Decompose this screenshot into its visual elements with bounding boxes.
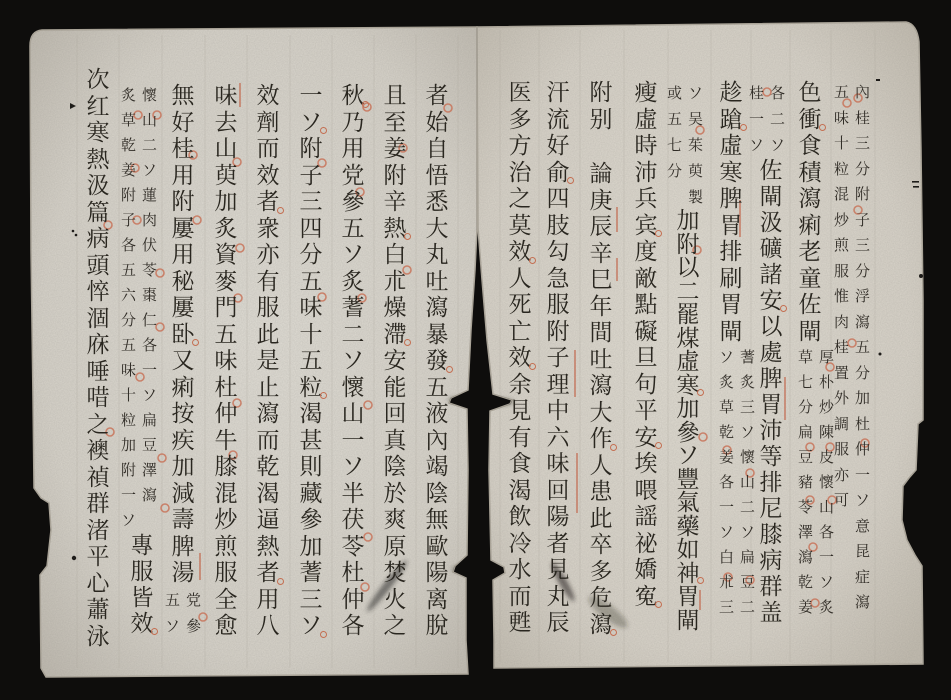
character: 論 [587,161,615,188]
character: 服 [254,295,282,322]
character: 炙 [212,216,240,243]
character: 參 [184,613,203,640]
character: 五 [119,258,138,283]
character: 草 [796,345,815,370]
character: 肉 [140,208,159,233]
character: 理 [544,372,572,399]
note-left: 草七分扁豆豬苓澤瀉乾姜 [796,345,815,620]
interlinear-note: 各二ソ 桂一ソ [747,80,787,158]
character: 見 [506,398,534,425]
character: 陽 [423,560,451,587]
character: 虛 [717,133,745,160]
character: 一 [297,83,325,110]
character: 死 [506,292,534,319]
character: 五 [423,375,451,402]
character: 好 [169,110,197,137]
character: 蓍 [297,560,325,587]
character: 閘 [674,610,702,634]
character: 加 [212,189,240,216]
character: 童 [796,266,824,293]
character: 渴 [506,478,534,505]
character: 以 [674,257,702,281]
character: 懷 [738,445,757,470]
character: 食 [506,451,534,478]
character: 處 [757,340,785,366]
character: 專 [128,533,156,559]
character: 草 [119,108,138,133]
character: 各 [768,80,787,106]
character: 余 [506,372,534,399]
character: 辛 [587,241,615,268]
character: 蓍 [339,295,367,322]
character: 病 [757,548,785,574]
character: 茱 [686,132,705,158]
character: 回 [544,478,572,505]
character: 子 [297,163,325,190]
character: 苓 [339,534,367,561]
character: 食 [796,133,824,160]
character: 按 [169,401,197,428]
character: 寒 [717,160,745,187]
character: 流 [544,107,572,134]
character: 禎 [84,465,112,492]
character: 子 [544,345,572,372]
character: 分 [853,259,872,285]
character: 五 [339,216,367,243]
character: 急 [544,266,572,293]
character: 吐 [423,269,451,296]
character: 瀉 [796,545,815,570]
character: 之 [381,613,409,640]
main-text: 者始自悟悉大丸吐瀉暴發。五液內竭陰無歐陽离脫 [423,83,451,640]
text-column-r5: ソ吴茱萸製 或五七分 加附以二罷煤虛寒。加參ソ豐氣藥如神。胃閘 [666,80,710,633]
character: 有 [506,425,534,452]
character: 五 [853,335,872,361]
character: 謡 [632,504,660,531]
character: 仲 [853,437,872,463]
character: 水 [506,557,534,584]
note-right: 懷山二ソ蓮肉伏苓棗仁各一ソ扁豆澤瀉 [140,83,159,533]
character: 麥 [212,269,240,296]
character: 朮 [717,570,736,595]
character: 瀉 [853,310,872,336]
interlinear-note: 蓍炙三ソ懷山二ソ扁豆二 ソ炙草乾姜各一ソ白朮三 [717,345,757,620]
character: 二 [140,133,159,158]
character: 用 [254,587,282,614]
character: 平 [632,398,660,425]
character: 諸 [757,262,785,288]
character: 屢 [169,216,197,243]
character: 丸 [423,242,451,269]
character: 莫 [506,213,534,240]
character: 二 [738,595,757,620]
character: 子 [119,208,138,233]
character: 原 [381,534,409,561]
note-right: 各二ソ [768,80,787,158]
character: 脫 [423,613,451,640]
character: 山 [339,401,367,428]
character: 劑 [254,110,282,137]
main-text: 一ソ。附子三四分五味十五粒。渴甚則藏參加蓍三ソ。 [297,83,325,640]
main-text: 效劑而效者。衆亦有服此是止瀉而乾渴逼熱者。用八 [254,83,282,640]
character: 無 [423,507,451,534]
character: 各 [339,613,367,640]
character: 杜 [853,412,872,438]
character: 懷 [339,375,367,402]
character: 半 [339,481,367,508]
character: 陰 [381,454,409,481]
character: 自 [423,136,451,163]
character: 且 [381,83,409,110]
character: 佐 [757,158,785,184]
character: 藏 [297,481,325,508]
main-text: 佐閘汲礦諸安。以處脾胃沛等排尼膝病群盖 [757,158,785,626]
character: 山 [817,495,836,520]
character: 排 [757,470,785,496]
character: 庥 [84,332,112,359]
character: 分 [853,361,872,387]
character: 三 [853,233,872,259]
character: 肢 [544,213,572,240]
character: 朮 [381,269,409,296]
character: 大 [423,216,451,243]
character: 丸 [544,584,572,611]
character: 杜 [212,375,240,402]
character: 用 [169,242,197,269]
character: 膝 [212,454,240,481]
character: 老 [796,239,824,266]
character: 蓍 [738,345,757,370]
character: 減 [169,481,197,508]
character: 炙 [339,269,367,296]
character: 度 [632,239,660,266]
character: 味 [544,451,572,478]
character: 煤 [674,328,702,352]
note-right: 蓍炙三ソ懷山二ソ扁豆二 [738,345,757,620]
character: 衆 [254,216,282,243]
character: 朴 [817,370,836,395]
character: 附 [853,182,872,208]
character: 胃 [717,213,745,240]
character: 群 [757,574,785,600]
character: 渴 [297,401,325,428]
character: 五 [212,322,240,349]
character: 用 [339,136,367,163]
character: 乾 [119,133,138,158]
character: 仁 [140,308,159,333]
character: 則 [297,454,325,481]
character: 白 [717,545,736,570]
character: 盖 [757,600,785,626]
character: 加 [297,534,325,561]
character: 悟 [423,163,451,190]
character: 八 [254,613,282,640]
character: 三 [297,189,325,216]
character: 蕭 [84,597,112,624]
character: 悉 [423,189,451,216]
character: 沛 [757,418,785,444]
character: 混 [212,481,240,508]
character: 喂 [632,478,660,505]
main-text: 趁蹌。虛寒脾胃排刷胃閘 [717,80,745,345]
character: 五 [832,80,851,106]
character: 全 [212,587,240,614]
character: 姜 [796,595,815,620]
character: 加 [169,454,197,481]
character: 分 [297,242,325,269]
character: 各 [817,520,836,545]
character: 瀉 [587,373,615,400]
note-right: 內桂三分附子三分浮瀉五分加杜仲一ソ意昆症瀉 [853,80,872,616]
character: 肉 [832,310,851,336]
character: 四 [544,186,572,213]
character: ソ [339,454,367,481]
character: 加 [853,386,872,412]
character: 十 [832,131,851,157]
character: 分 [796,395,815,420]
character: 山 [738,470,757,495]
character: 姜 [381,136,409,163]
character: 陽 [544,504,572,531]
character: 心 [84,571,112,598]
character: 壽 [169,507,197,534]
character: 山 [140,108,159,133]
character: 痢 [169,375,197,402]
character: 六 [544,425,572,452]
character: 混 [832,182,851,208]
character: 仲 [212,401,240,428]
character: 積 [796,160,824,187]
character: 沛 [632,160,660,187]
character: 間 [587,320,615,347]
text-column-l5: 效劑而效者。衆亦有服此是止瀉而乾渴逼熱者。用八 [246,83,290,640]
character: 辰 [587,214,615,241]
character: 脾 [757,366,785,392]
character: 加 [674,398,702,422]
character: 五 [163,587,182,614]
character: 時 [632,133,660,160]
character: 附 [169,189,197,216]
character: 此 [587,506,615,533]
character: 之 [84,412,112,439]
character: 炒 [212,507,240,534]
character: 乾 [717,420,736,445]
character: 真 [381,428,409,455]
character: 分 [853,157,872,183]
character: ソ [686,80,705,106]
character: 姜 [119,158,138,183]
character: 六 [119,283,138,308]
character: 仲 [339,587,367,614]
character: 附 [119,183,138,208]
character: 浮 [853,284,872,310]
character: 汗 [544,80,572,107]
character: 三 [717,595,736,620]
character: 年 [587,294,615,321]
character: 氣 [674,492,702,516]
character: 三 [853,131,872,157]
character: 佐 [796,292,824,319]
character: 脾 [169,534,197,561]
character: 各 [119,233,138,258]
character: 吐 [587,347,615,374]
character: 參 [674,422,702,446]
character: 有 [254,269,282,296]
character: 止 [254,375,282,402]
character: 懷 [140,83,159,108]
character: 秘 [169,269,197,296]
character: ソ [817,570,836,595]
main-text: 汗流好俞。四肢勾急服附子理中六味回陽者見丸辰 [544,80,572,637]
character: 閘 [717,319,745,346]
note-right: 厚朴炒陳皮懷山各一ソ炙 [817,345,836,620]
character: 暴 [423,322,451,349]
character: ソ [738,520,757,545]
character: 見 [544,557,572,584]
character: 冷 [506,531,534,558]
character: 於 [381,481,409,508]
character: 扁 [140,408,159,433]
character: 內 [853,80,872,106]
character: 白 [381,242,409,269]
character: 襖 [84,438,112,465]
character: 飲 [506,504,534,531]
character: 煎 [832,233,851,259]
character: 加 [674,210,702,234]
character: 人 [587,453,615,480]
character: 十 [119,383,138,408]
character: 分 [119,308,138,333]
character: 七 [796,370,815,395]
character: 渴 [254,481,282,508]
character: 罷 [674,304,702,328]
character: 虛 [674,351,702,375]
character: 附 [674,234,702,258]
character: 红 [84,94,112,121]
character: 加 [119,433,138,458]
note-left: ソ炙草乾姜各一ソ白朮三 [717,345,736,620]
character: 服 [212,560,240,587]
interlinear-note: 党參 五ソ [163,587,203,640]
character: 唶 [84,385,112,412]
note-left: 五ソ [163,587,182,640]
character: 炙 [717,370,736,395]
character: 二 [738,495,757,520]
character: 而 [254,136,282,163]
character: 人 [506,266,534,293]
character: 虛 [632,107,660,134]
text-column-r4: 趁蹌。虛寒脾胃排刷胃閘 蓍炙三ソ懷山二ソ扁豆二 ソ炙草乾姜各一ソ白朮三 [709,80,753,620]
character: 渚 [84,518,112,545]
text-column-l6: 味去山萸加炙資麥門五味杜仲牛膝混炒煎服全愈 [204,83,248,640]
character: 汲 [757,210,785,236]
character: 党 [184,587,203,614]
character: 熱 [254,534,282,561]
character: 粒 [832,157,851,183]
character: 埃 [632,451,660,478]
character: 瀉 [423,295,451,322]
character: 參 [297,507,325,534]
character: 豆 [738,570,757,595]
character: 瀉 [853,590,872,616]
character: 內 [423,428,451,455]
character: 而 [506,584,534,611]
character: 炒 [817,395,836,420]
character: 之 [506,186,534,213]
character: 意 [853,514,872,540]
character: 山 [212,136,240,163]
character: 杜 [339,560,367,587]
character: 一 [817,545,836,570]
character: 陰 [423,481,451,508]
main-text: 秋。乃用党參五ソ炙蓍二ソ懷山一ソ半茯苓杜仲各 [339,83,367,640]
character: 痢 [796,213,824,240]
character: 火 [381,587,409,614]
character: 敵 [632,266,660,293]
text-column-r8: 汗流好俞。四肢勾急服附子理中六味回陽者見丸辰 [536,80,580,637]
character: 歐 [423,534,451,561]
text-column-l9: 次红寒熱汲篇病頭悴涸庥唾唶之襖禎群渚平心蕭泳 [76,67,120,650]
character: 瀉 [140,483,159,508]
character: 昆 [853,539,872,565]
character: 汲 [84,173,112,200]
character: ソ [119,508,138,533]
column-gap [601,133,602,161]
character: 屢 [169,295,197,322]
text-column-l2: 且至姜附辛熱。白朮燥滯。安能回真陰於爽原焚火之 [373,83,417,640]
character: 豆 [796,445,815,470]
character: 一 [339,428,367,455]
character: 無 [169,83,197,110]
character: 服 [832,259,851,285]
character: 豐 [674,469,702,493]
character: 群 [84,491,112,518]
character: 甦 [506,610,534,637]
main-text: 加附以二罷煤虛寒。加參ソ豐氣藥如神。胃閘 [674,210,702,633]
character: 點 [632,292,660,319]
character: 焚 [381,560,409,587]
character: 甚 [297,428,325,455]
main-text: 医多方治之莫效。人死亡效。余見有食渴飲冷水而甦 [506,80,534,637]
character: 至 [381,110,409,137]
character: 好 [544,133,572,160]
character: 液 [423,401,451,428]
character: 附 [544,319,572,346]
character: 味 [297,295,325,322]
character: 句 [632,372,660,399]
character: 病 [84,226,112,253]
character: 懷 [817,470,836,495]
character: ソ [140,158,159,183]
character: 各 [717,470,736,495]
character: 尼 [757,496,785,522]
character: 愈 [212,613,240,640]
character: 是 [254,348,282,375]
character: 附 [381,163,409,190]
main-text: 論庚辰辛巳年間吐瀉大作。人患此卒多危瀉。 [587,161,615,638]
character: 症 [853,565,872,591]
character: 用 [169,163,197,190]
character: 粒 [119,408,138,433]
character: 豆 [140,433,159,458]
character: 附 [587,80,615,107]
character: 一 [140,358,159,383]
character: 乾 [796,570,815,595]
main-text: 瘦虛時沛兵宾。度敵點礙旦句平安。埃喂謡祕嬌寃。 [632,80,660,610]
character: 閘 [757,184,785,210]
character: 医 [506,80,534,107]
character: 扁 [738,545,757,570]
